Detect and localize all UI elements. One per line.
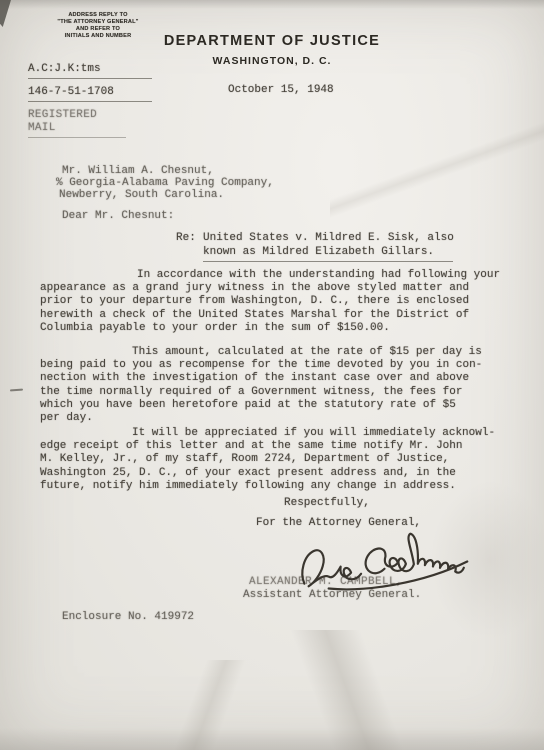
city-line: WASHINGTON, D. C. [122,55,422,67]
subject-label: Re: [176,232,196,245]
enclosure-line: Enclosure No. 419972 [62,611,194,624]
body-paragraph-1: In accordance with the understanding had… [40,269,512,335]
date-line: October 15, 1948 [228,84,334,97]
initials-code-line: A.C:J.K:tms [28,63,152,79]
signer-name: ALEXANDER M. CAMPBELL, [249,576,403,589]
department-title: DEPARTMENT OF JUSTICE [122,33,422,49]
scan-top-shadow [0,0,544,9]
subject-line-1: United States v. Mildred E. Sisk, also [203,232,454,245]
closing-respectfully: Respectfully, [284,497,370,510]
file-number-line: 146-7-51-1708 [28,86,152,102]
subject-line-2: known as Mildred Elizabeth Gillars. [203,246,453,262]
closing-for-attorney-general: For the Attorney General, [256,517,421,530]
salutation: Dear Mr. Chesnut: [62,210,174,223]
scan-corner-artifact [0,0,11,27]
margin-dash-mark [10,389,23,392]
paper-crease [330,90,544,250]
body-paragraph-2: This amount, calculated at the rate of $… [40,346,512,425]
letter-page: ADDRESS REPLY TO "THE ATTORNEY GENERAL" … [0,0,544,750]
body-paragraph-3: It will be appreciated if you will immed… [40,427,512,493]
signer-title: Assistant Attorney General. [243,589,421,602]
registered-mail-line: REGISTERED MAIL [28,109,126,138]
paper-crease [60,660,360,750]
recipient-city: Newberry, South Carolina. [59,189,224,202]
